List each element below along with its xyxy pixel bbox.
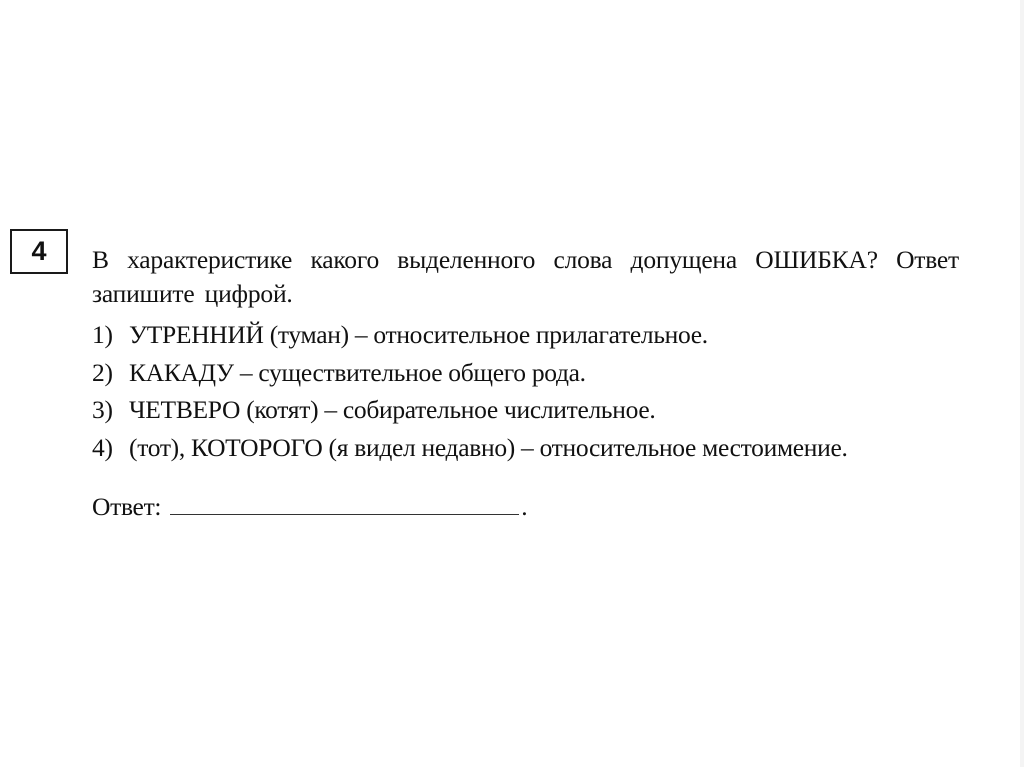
option-text: ЧЕТВЕРО (котят) – собирательное числител… bbox=[129, 391, 655, 429]
option-number: 4) bbox=[92, 429, 129, 467]
answer-label: Ответ: bbox=[92, 490, 161, 524]
task-number: 4 bbox=[31, 236, 46, 267]
option-number: 1) bbox=[92, 316, 129, 354]
answer-options-list: 1) УТРЕННИЙ (туман) – относительное прил… bbox=[92, 316, 848, 466]
answer-blank-line bbox=[170, 492, 519, 515]
answer-period: . bbox=[521, 490, 527, 524]
option-number: 2) bbox=[92, 354, 129, 392]
option-item: 4) (тот), КОТОРОГО (я видел недавно) – о… bbox=[92, 429, 848, 467]
option-text: (тот), КОТОРОГО (я видел недавно) – отно… bbox=[129, 429, 848, 467]
option-item: 3) ЧЕТВЕРО (котят) – собирательное числи… bbox=[92, 391, 848, 429]
option-number: 3) bbox=[92, 391, 129, 429]
option-text: УТРЕННИЙ (туман) – относительное прилага… bbox=[129, 316, 708, 354]
slide-edge bbox=[1020, 0, 1024, 767]
answer-row: Ответ: . bbox=[92, 490, 527, 524]
question-text: В характеристике какого выделенного слов… bbox=[92, 243, 959, 311]
task-number-box: 4 bbox=[10, 229, 68, 274]
option-item: 1) УТРЕННИЙ (туман) – относительное прил… bbox=[92, 316, 848, 354]
option-item: 2) КАКАДУ – существительное общего рода. bbox=[92, 354, 848, 392]
option-text: КАКАДУ – существительное общего рода. bbox=[129, 354, 586, 392]
